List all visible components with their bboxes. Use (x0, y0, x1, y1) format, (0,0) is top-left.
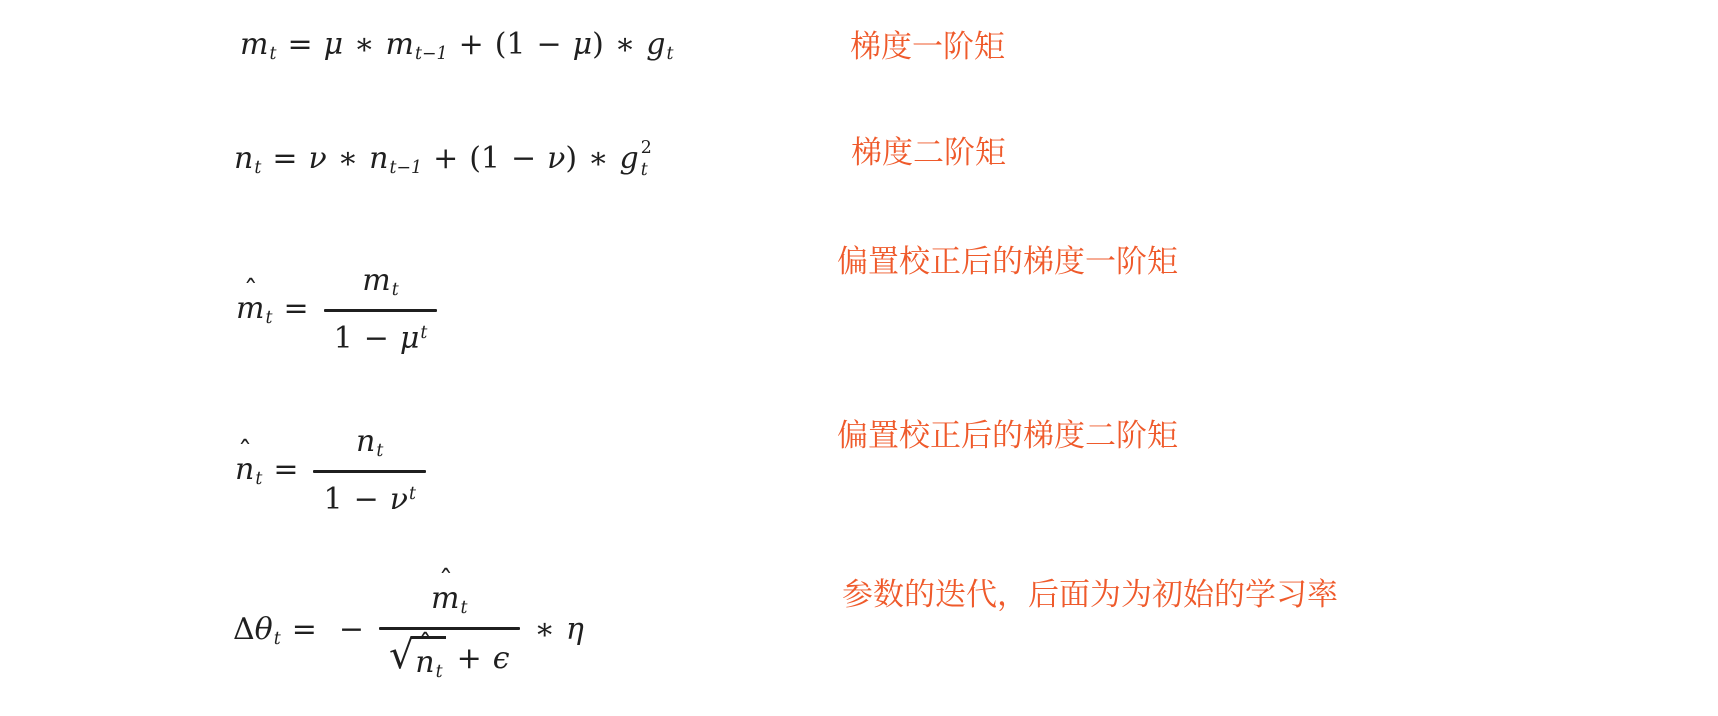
formula-bias-corrected-first-moment: ˆmt=mt1−μt (236, 260, 441, 360)
formula-parameter-update: Δθt=−ˆmt√ˆnt+ϵ∗η (233, 578, 584, 684)
formula-gradient-first-moment: mt=μ∗mt−1+(1−μ)∗gt (240, 24, 673, 66)
annotation-parameter-update: 参数的迭代，后面为为初始的学习率 (842, 578, 1338, 612)
annotation-gradient-second-moment: 梯度二阶矩 (851, 136, 1006, 170)
annotation-bias-corrected-second-moment: 偏置校正后的梯度二阶矩 (837, 419, 1178, 453)
annotation-gradient-first-moment: 梯度一阶矩 (850, 30, 1005, 64)
annotation-bias-corrected-first-moment: 偏置校正后的梯度一阶矩 (837, 245, 1178, 279)
adam-optimizer-notes: mt=μ∗mt−1+(1−μ)∗gt 梯度一阶矩 nt=ν∗nt−1+(1−ν)… (0, 0, 1718, 716)
formula-gradient-second-moment: nt=ν∗nt−1+(1−ν)∗g2t (234, 138, 652, 182)
formula-bias-corrected-second-moment: ˆnt=nt1−νt (235, 421, 430, 521)
